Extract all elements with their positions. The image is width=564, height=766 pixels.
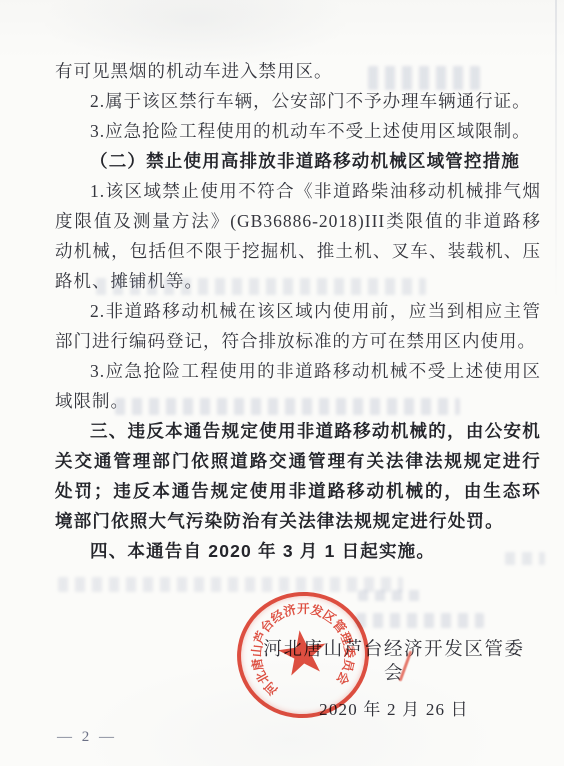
notice-body: 有可见黑烟的机动车进入禁用区。 2.属于该区禁行车辆，公安部门不予办理车辆通行证… <box>55 56 541 566</box>
page-number: — 2 — <box>57 729 117 746</box>
bleed-through-artifact <box>356 613 484 628</box>
official-seal: 河北唐山芦台经济开发区管理委员会 <box>229 583 377 726</box>
paragraph-continuation: 有可见黑烟的机动车进入禁用区。 <box>55 56 541 86</box>
scan-edge-artifact <box>555 0 557 300</box>
paragraph-item-3: 3.应急抢险工程使用的机动车不受上述使用区域限制。 <box>55 116 541 146</box>
paragraph-machinery-item-2: 2.非道路移动机械在该区域内使用前，应当到相应主管部门进行编码登记，符合排放标准… <box>55 296 541 356</box>
paragraph-section-4-effective-date: 四、本通告自 2020 年 3 月 1 日起实施。 <box>55 536 541 566</box>
section-heading-2: （二）禁止使用高排放非道路移动机械区域管控措施 <box>55 146 541 176</box>
paragraph-machinery-item-3: 3.应急抢险工程使用的非道路移动机械不受上述使用区域限制。 <box>55 356 541 416</box>
scanned-notice-page: { "document": { "paragraphs": [ {"text":… <box>0 0 564 766</box>
paragraph-item-2: 2.属于该区禁行车辆，公安部门不予办理车辆通行证。 <box>55 86 541 116</box>
paragraph-machinery-item-1: 1.该区域禁止使用不符合《非道路柴油移动机械排气烟度限值及测量方法》(GB368… <box>55 176 541 296</box>
bleed-through-artifact <box>358 590 420 601</box>
paragraph-section-3-penalties: 三、违反本通告规定使用非道路移动机械的，由公安机关交通管理部门依照道路交通管理有… <box>55 416 541 536</box>
